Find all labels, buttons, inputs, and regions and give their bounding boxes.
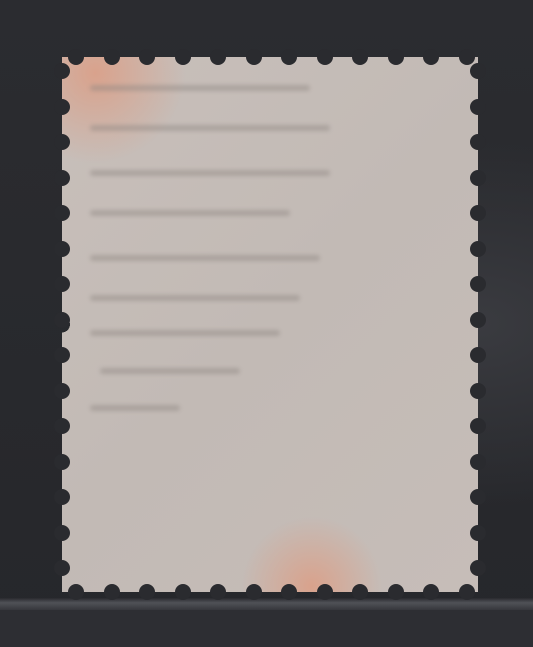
mount-strip bbox=[0, 610, 533, 647]
perforation-hole bbox=[470, 418, 486, 434]
perforation-hole bbox=[104, 584, 120, 600]
perforation-hole bbox=[423, 49, 439, 65]
perforation-hole bbox=[175, 584, 191, 600]
perforation-hole bbox=[388, 584, 404, 600]
perforation-hole bbox=[470, 99, 486, 115]
perforation-hole bbox=[54, 205, 70, 221]
perforation-hole bbox=[54, 418, 70, 434]
perforation-hole bbox=[68, 584, 84, 600]
perforation-hole bbox=[459, 49, 475, 65]
perforation-hole bbox=[470, 383, 486, 399]
perforation-hole bbox=[246, 49, 262, 65]
perforation-hole bbox=[175, 49, 191, 65]
perforation-hole bbox=[54, 312, 70, 328]
bleed-through-line bbox=[90, 170, 330, 176]
perforation-hole bbox=[317, 49, 333, 65]
perforation-hole bbox=[470, 134, 486, 150]
perforation-hole bbox=[388, 49, 404, 65]
perforation-hole bbox=[54, 347, 70, 363]
perforation-hole bbox=[470, 347, 486, 363]
perforation-hole bbox=[352, 49, 368, 65]
perforation-hole bbox=[54, 170, 70, 186]
perforation-hole bbox=[317, 584, 333, 600]
bleed-through-line bbox=[90, 295, 300, 301]
perforation-hole bbox=[54, 99, 70, 115]
perforation-hole bbox=[54, 454, 70, 470]
perforation-hole bbox=[459, 584, 475, 600]
perforation-hole bbox=[68, 49, 84, 65]
perforation-hole bbox=[210, 49, 226, 65]
perforation-hole bbox=[54, 489, 70, 505]
bleed-through-line bbox=[90, 210, 290, 216]
perforation-hole bbox=[281, 49, 297, 65]
perforation-hole bbox=[54, 276, 70, 292]
perforation-hole bbox=[470, 312, 486, 328]
perforation-hole bbox=[54, 525, 70, 541]
bleed-through-line bbox=[90, 405, 180, 411]
bleed-through-line bbox=[90, 125, 330, 131]
perforation-hole bbox=[470, 63, 486, 79]
perforation-hole bbox=[54, 134, 70, 150]
perforation-hole bbox=[470, 454, 486, 470]
perforation-hole bbox=[470, 560, 486, 576]
perforation-hole bbox=[470, 205, 486, 221]
stamp-back bbox=[62, 57, 478, 592]
perforation-hole bbox=[470, 489, 486, 505]
perforation-hole bbox=[54, 63, 70, 79]
perforation-hole bbox=[246, 584, 262, 600]
perforation-hole bbox=[54, 560, 70, 576]
perforation-hole bbox=[210, 584, 226, 600]
perforation-hole bbox=[281, 584, 297, 600]
perforation-hole bbox=[104, 49, 120, 65]
perforation-hole bbox=[54, 383, 70, 399]
bleed-through-line bbox=[90, 85, 310, 91]
perforation-hole bbox=[423, 584, 439, 600]
bleed-through-line bbox=[100, 368, 240, 374]
perforation-hole bbox=[470, 170, 486, 186]
perforation-hole bbox=[470, 241, 486, 257]
perforation-hole bbox=[470, 276, 486, 292]
bleed-through-line bbox=[90, 255, 320, 261]
perforation-hole bbox=[54, 241, 70, 257]
perforation-hole bbox=[352, 584, 368, 600]
mount-strip-edge bbox=[0, 598, 533, 610]
perforation-hole bbox=[139, 49, 155, 65]
perforation-hole bbox=[470, 525, 486, 541]
bleed-through-line bbox=[90, 330, 280, 336]
perforation-hole bbox=[139, 584, 155, 600]
